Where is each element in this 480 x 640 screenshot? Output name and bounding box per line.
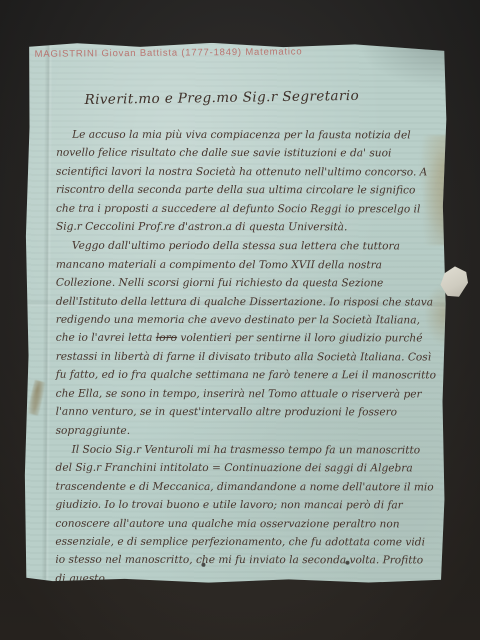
vertical-crease [41, 41, 52, 584]
paragraph-2-text: volentieri per sentirne il loro giudizio… [56, 332, 436, 436]
letter-body: Le accuso la mia più viva compiacenza pe… [55, 126, 437, 590]
letter-paragraph-3: Il Socio Sig.r Venturoli mi ha trasmesso… [55, 441, 436, 589]
letter-paragraph-1: Le accuso la mia più viva compiacenza pe… [56, 126, 437, 237]
photo-of-letter: MAGISTRINI Giovan Battista (1777-1849) M… [0, 0, 480, 640]
letter-salutation: Riverit.mo e Preg.mo Sig.r Segretario [26, 87, 417, 109]
letter-paper: MAGISTRINI Giovan Battista (1777-1849) M… [23, 41, 447, 587]
letter-paragraph-2: Veggo dall'ultimo periodo della stessa s… [56, 237, 437, 440]
struck-word: loro [156, 332, 177, 344]
paragraph-2-text: Veggo dall'ultimo periodo della stessa s… [56, 240, 433, 344]
